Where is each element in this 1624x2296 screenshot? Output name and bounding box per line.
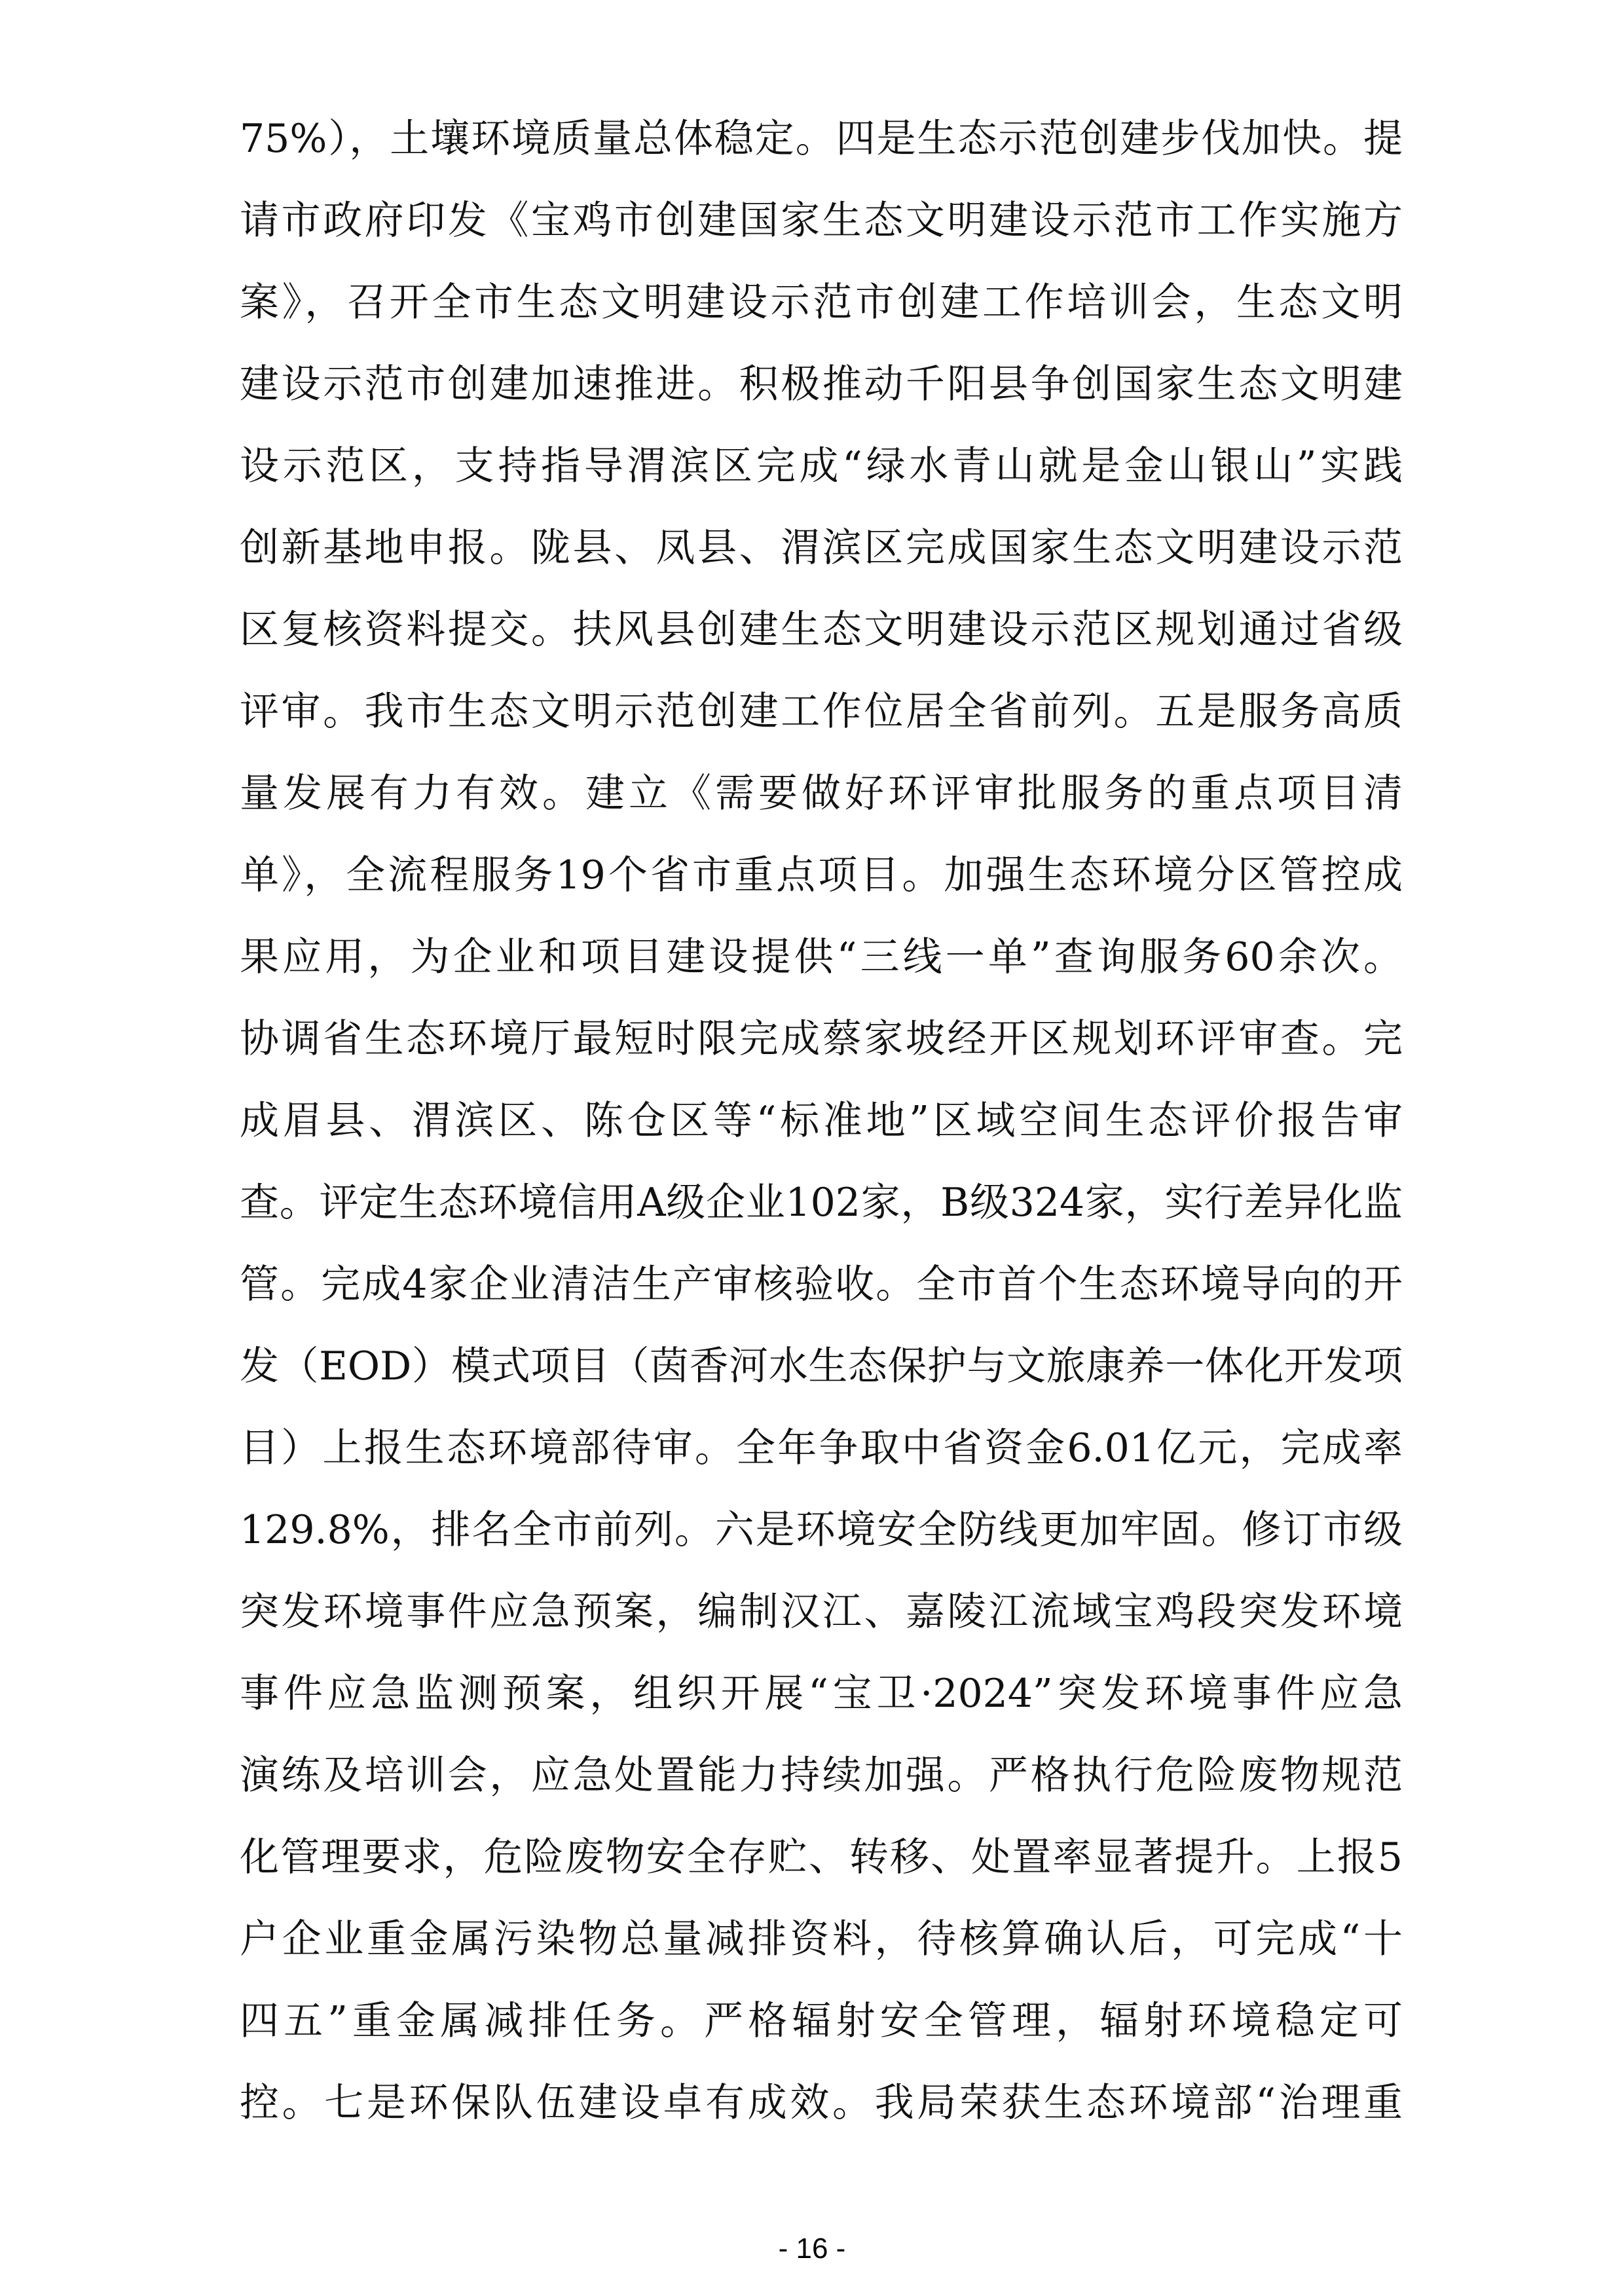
text-line: 发（EOD）模式项目（茵香河水生态保护与文旅康养一体化开发项 bbox=[240, 1326, 1403, 1408]
text-line: 事件应急监测预案，组织开展“宝卫·2024”突发环境事件应急 bbox=[240, 1653, 1403, 1735]
text-line: 控。七是环保队伍建设卓有成效。我局荣获生态环境部“治理重 bbox=[240, 2062, 1403, 2144]
text-line: 管。完成4家企业清洁生产审核验收。全市首个生态环境导向的开 bbox=[240, 1244, 1403, 1326]
text-line: 创新基地申报。陇县、凤县、渭滨区完成国家生态文明建设示范 bbox=[240, 507, 1403, 589]
text-line: 果应用，为企业和项目建设提供“三线一单”查询服务60余次。 bbox=[240, 917, 1403, 998]
text-line: 目）上报生态环境部待审。全年争取中省资金6.01亿元，完成率 bbox=[240, 1408, 1403, 1489]
text-line: 查。评定生态环境信用A级企业102家，B级324家，实行差异化监 bbox=[240, 1162, 1403, 1244]
text-line: 突发环境事件应急预案，编制汉江、嘉陵江流域宝鸡段突发环境 bbox=[240, 1571, 1403, 1653]
text-line: 75%），土壤环境质量总体稳定。四是生态示范创建步伐加快。提 bbox=[240, 98, 1403, 180]
text-line: 演练及培训会，应急处置能力持续加强。严格执行危险废物规范 bbox=[240, 1735, 1403, 1817]
text-line: 成眉县、渭滨区、陈仓区等“标准地”区域空间生态评价报告审 bbox=[240, 1080, 1403, 1162]
page-number: - 16 - bbox=[0, 2232, 1624, 2265]
text-line: 单》，全流程服务19个省市重点项目。加强生态环境分区管控成 bbox=[240, 835, 1403, 917]
body-paragraph: 75%），土壤环境质量总体稳定。四是生态示范创建步伐加快。提 请市政府印发《宝鸡… bbox=[240, 98, 1403, 2144]
text-line: 129.8%，排名全市前列。六是环境安全防线更加牢固。修订市级 bbox=[240, 1489, 1403, 1571]
document-page: 75%），土壤环境质量总体稳定。四是生态示范创建步伐加快。提 请市政府印发《宝鸡… bbox=[0, 0, 1624, 2296]
text-line: 协调省生态环境厅最短时限完成蔡家坡经开区规划环评审查。完 bbox=[240, 998, 1403, 1080]
text-line: 设示范区，支持指导渭滨区完成“绿水青山就是金山银山”实践 bbox=[240, 426, 1403, 507]
text-line: 区复核资料提交。扶风县创建生态文明建设示范区规划通过省级 bbox=[240, 589, 1403, 671]
text-line: 案》，召开全市生态文明建设示范市创建工作培训会，生态文明 bbox=[240, 262, 1403, 344]
text-line: 户企业重金属污染物总量减排资料，待核算确认后，可完成“十 bbox=[240, 1899, 1403, 1980]
text-line: 化管理要求，危险废物安全存贮、转移、处置率显著提升。上报5 bbox=[240, 1817, 1403, 1899]
text-line: 四五”重金属减排任务。严格辐射安全管理，辐射环境稳定可 bbox=[240, 1980, 1403, 2062]
text-line: 建设示范市创建加速推进。积极推动千阳县争创国家生态文明建 bbox=[240, 344, 1403, 426]
text-line: 评审。我市生态文明示范创建工作位居全省前列。五是服务高质 bbox=[240, 671, 1403, 753]
text-line: 请市政府印发《宝鸡市创建国家生态文明建设示范市工作实施方 bbox=[240, 180, 1403, 262]
text-line: 量发展有力有效。建立《需要做好环评审批服务的重点项目清 bbox=[240, 753, 1403, 835]
